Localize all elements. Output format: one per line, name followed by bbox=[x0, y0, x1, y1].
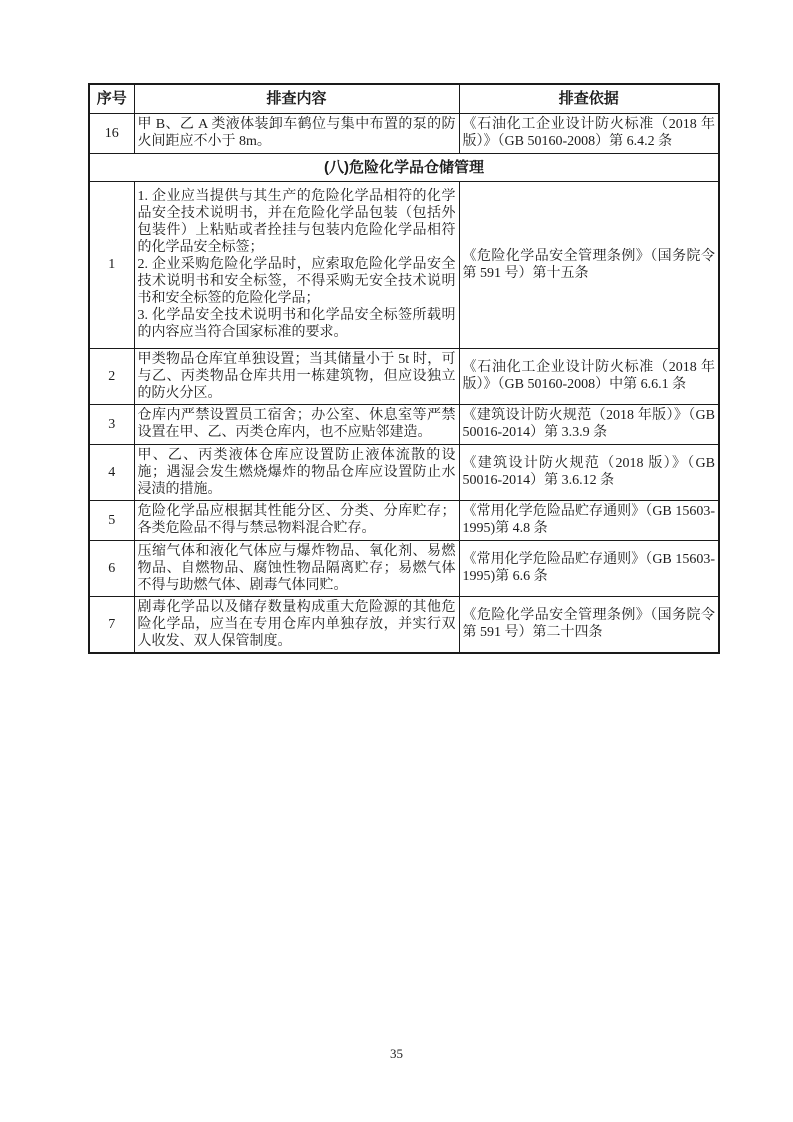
row-number-cell: 3 bbox=[89, 404, 134, 444]
row-number-cell: 1 bbox=[89, 181, 134, 348]
row-basis-cell: 《危险化学品安全管理条例》（国务院令第 591 号）第二十四条 bbox=[459, 596, 719, 653]
section-header-row: (八)危险化学品仓储管理 bbox=[89, 153, 719, 181]
page-number: 35 bbox=[0, 1046, 793, 1062]
column-header-content: 排查内容 bbox=[134, 84, 459, 113]
row-content-cell: 甲 B、乙 A 类液体装卸车鹤位与集中布置的泵的防火间距应不小于 8m。 bbox=[134, 113, 459, 153]
document-page: 序号 排查内容 排查依据 16 甲 B、乙 A 类液体装卸车鹤位与集中布置的泵的… bbox=[0, 0, 793, 1122]
table-row: 7 剧毒化学品以及储存数量构成重大危险源的其他危险化学品，应当在专用仓库内单独存… bbox=[89, 596, 719, 653]
row-basis-cell: 《石油化工企业设计防火标准（2018 年版）》（GB 50160-2008）中第… bbox=[459, 348, 719, 404]
row-content-cell: 甲、乙、丙类液体仓库应设置防止液体流散的设施；遇湿会发生燃烧爆炸的物品仓库应设置… bbox=[134, 444, 459, 500]
row-content-cell: 甲类物品仓库宜单独设置；当其储量小于 5t 时，可与乙、丙类物品仓库共用一栋建筑… bbox=[134, 348, 459, 404]
row-content-cell: 1. 企业应当提供与其生产的危险化学品相符的化学品安全技术说明书，并在危险化学品… bbox=[134, 181, 459, 348]
table-row: 3 仓库内严禁设置员工宿舍；办公室、休息室等严禁设置在甲、乙、丙类仓库内，也不应… bbox=[89, 404, 719, 444]
table-row: 4 甲、乙、丙类液体仓库应设置防止液体流散的设施；遇湿会发生燃烧爆炸的物品仓库应… bbox=[89, 444, 719, 500]
column-header-number: 序号 bbox=[89, 84, 134, 113]
row-content-cell: 仓库内严禁设置员工宿舍；办公室、休息室等严禁设置在甲、乙、丙类仓库内，也不应贴邻… bbox=[134, 404, 459, 444]
table-row: 6 压缩气体和液化气体应与爆炸物品、氧化剂、易燃物品、自燃物品、腐蚀性物品隔离贮… bbox=[89, 540, 719, 596]
inspection-checklist-table: 序号 排查内容 排查依据 16 甲 B、乙 A 类液体装卸车鹤位与集中布置的泵的… bbox=[88, 83, 720, 654]
table-header-row: 序号 排查内容 排查依据 bbox=[89, 84, 719, 113]
table-row: 2 甲类物品仓库宜单独设置；当其储量小于 5t 时，可与乙、丙类物品仓库共用一栋… bbox=[89, 348, 719, 404]
row-number-cell: 2 bbox=[89, 348, 134, 404]
row-basis-cell: 《建筑设计防火规范（2018 年版）》（GB 50016-2014）第 3.3.… bbox=[459, 404, 719, 444]
section-title: (八)危险化学品仓储管理 bbox=[89, 153, 719, 181]
row-number-cell: 6 bbox=[89, 540, 134, 596]
row-number-cell: 7 bbox=[89, 596, 134, 653]
table-row: 16 甲 B、乙 A 类液体装卸车鹤位与集中布置的泵的防火间距应不小于 8m。 … bbox=[89, 113, 719, 153]
row-basis-cell: 《危险化学品安全管理条例》（国务院令第 591 号）第十五条 bbox=[459, 181, 719, 348]
column-header-basis: 排查依据 bbox=[459, 84, 719, 113]
row-number-cell: 4 bbox=[89, 444, 134, 500]
row-basis-cell: 《常用化学危险品贮存通则》（GB 15603-1995)第 4.8 条 bbox=[459, 500, 719, 540]
row-content-cell: 剧毒化学品以及储存数量构成重大危险源的其他危险化学品，应当在专用仓库内单独存放，… bbox=[134, 596, 459, 653]
row-number-cell: 16 bbox=[89, 113, 134, 153]
row-basis-cell: 《常用化学危险品贮存通则》（GB 15603-1995)第 6.6 条 bbox=[459, 540, 719, 596]
row-basis-cell: 《建筑设计防火规范（2018 版）》（GB 50016-2014）第 3.6.1… bbox=[459, 444, 719, 500]
row-content-cell: 压缩气体和液化气体应与爆炸物品、氧化剂、易燃物品、自燃物品、腐蚀性物品隔离贮存；… bbox=[134, 540, 459, 596]
table-row: 5 危险化学品应根据其性能分区、分类、分库贮存；各类危险品不得与禁忌物料混合贮存… bbox=[89, 500, 719, 540]
row-number-cell: 5 bbox=[89, 500, 134, 540]
row-basis-cell: 《石油化工企业设计防火标准（2018 年版）》（GB 50160-2008）第 … bbox=[459, 113, 719, 153]
row-content-cell: 危险化学品应根据其性能分区、分类、分库贮存；各类危险品不得与禁忌物料混合贮存。 bbox=[134, 500, 459, 540]
table-row: 1 1. 企业应当提供与其生产的危险化学品相符的化学品安全技术说明书，并在危险化… bbox=[89, 181, 719, 348]
